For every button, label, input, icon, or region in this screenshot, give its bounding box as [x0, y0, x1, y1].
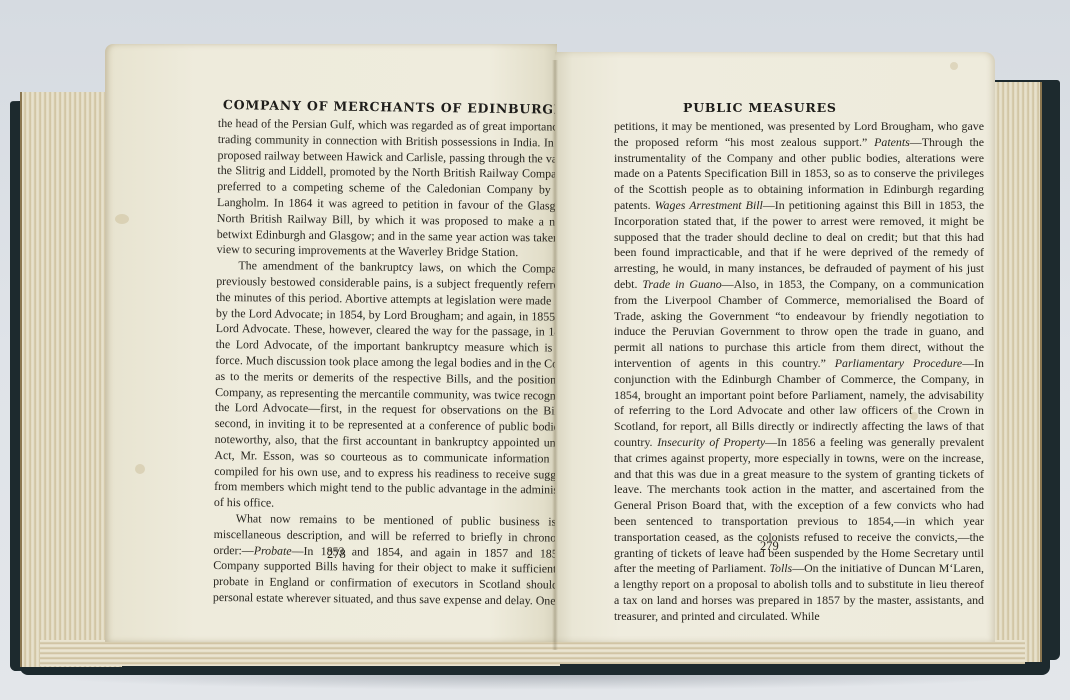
running-head-left: COMPANY OF MERCHANTS OF EDINBURGH	[223, 97, 557, 117]
text-run: —In 1856 a feeling was generally prevale…	[614, 435, 984, 575]
text-run: the head of the Persian Gulf, which was …	[217, 116, 557, 260]
left-page-body: the head of the Persian Gulf, which was …	[213, 116, 557, 610]
text-run: The amendment of the bankruptcy laws, on…	[214, 258, 557, 509]
italic-sidehead: Trade in Guano	[642, 277, 721, 291]
page-edges-bottom-right	[555, 640, 1025, 664]
italic-sidehead: Parliamentary Procedure	[835, 356, 962, 370]
right-page: PUBLIC MEASURES petitions, it may be men…	[555, 52, 995, 642]
page-edges-bottom-left	[40, 640, 560, 666]
italic-sidehead: Tolls	[769, 561, 792, 575]
right-page-body: petitions, it may be mentioned, was pres…	[614, 119, 984, 625]
book-gutter	[552, 60, 558, 650]
page-number-left: 278	[327, 547, 346, 562]
italic-sidehead: Insecurity of Property	[657, 435, 765, 449]
foxing-stain	[135, 464, 145, 474]
italic-sidehead: Wages Arrestment Bill	[655, 198, 763, 212]
foxing-stain	[950, 62, 958, 70]
page-number-right: 279	[760, 539, 779, 554]
paragraph: the head of the Persian Gulf, which was …	[217, 116, 557, 262]
italic-sidehead: Patents	[874, 135, 910, 149]
paragraph: The amendment of the bankruptcy laws, on…	[214, 258, 557, 515]
left-page: COMPANY OF MERCHANTS OF EDINBURGH the he…	[105, 44, 557, 642]
italic-sidehead: Probate	[254, 543, 292, 557]
paragraph: petitions, it may be mentioned, was pres…	[614, 119, 984, 625]
foxing-stain	[115, 214, 129, 224]
paragraph: What now remains to be mentioned of publ…	[213, 511, 557, 610]
running-head-right: PUBLIC MEASURES	[683, 100, 837, 115]
